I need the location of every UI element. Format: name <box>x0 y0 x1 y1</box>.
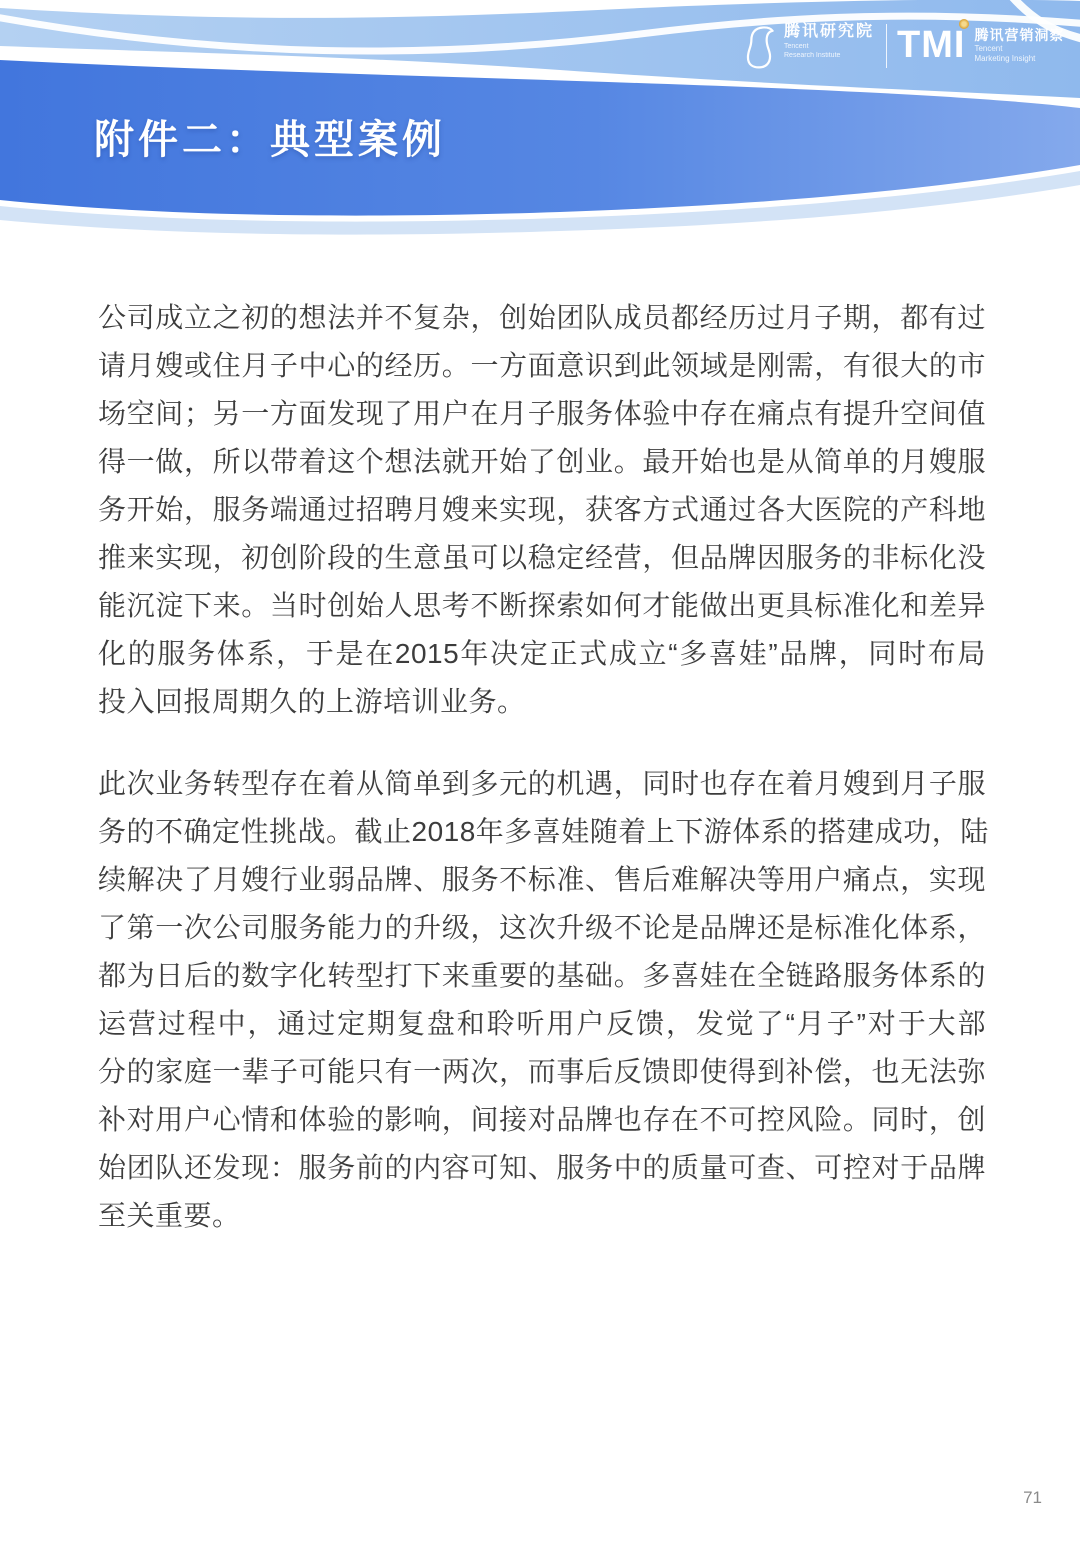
text-line: 得一做，所以带着这个想法就开始了创业。最开始也是从简单的月嫂服 <box>98 438 986 486</box>
text-line: 续解决了月嫂行业弱品牌、服务不标准、售后难解决等用户痛点，实现 <box>98 856 986 904</box>
text-line: 公司成立之初的想法并不复杂，创始团队成员都经历过月子期，都有过 <box>98 294 986 342</box>
text-line: 推来实现，初创阶段的生意虽可以稳定经营，但品牌因服务的非标化没 <box>98 534 986 582</box>
paragraph: 公司成立之初的想法并不复杂，创始团队成员都经历过月子期，都有过请月嫂或住月子中心… <box>98 294 986 726</box>
tencent-research-name-cn: 腾讯研究院 <box>784 22 874 42</box>
tmi-name-en-2: Marketing Insight <box>974 54 1064 64</box>
paragraph: 此次业务转型存在着从简单到多元的机遇，同时也存在着月嫂到月子服务的不确定性挑战。… <box>98 760 986 1240</box>
page-number: 71 <box>1023 1488 1042 1508</box>
page-header: 腾讯研究院 Tencent Research Institute TMI 腾讯营… <box>0 0 1080 240</box>
text-line: 至关重要。 <box>98 1192 986 1240</box>
tencent-research-logo: 腾讯研究院 Tencent Research Institute <box>784 22 874 60</box>
brand-divider <box>886 24 887 68</box>
tmi-logo-text: TMI <box>897 24 965 66</box>
text-line: 能沉淀下来。当时创始人思考不断探索如何才能做出更具标准化和差异 <box>98 582 986 630</box>
tencent-research-name-en-1: Tencent <box>784 42 874 51</box>
text-line: 运营过程中，通过定期复盘和聆听用户反馈，发觉了“月子”对于大部 <box>98 1000 986 1048</box>
tmi-gold-dot-icon <box>959 19 969 29</box>
text-line: 补对用户心情和体验的影响，间接对品牌也存在不可控风险。同时，创 <box>98 1096 986 1144</box>
body-text: 公司成立之初的想法并不复杂，创始团队成员都经历过月子期，都有过请月嫂或住月子中心… <box>98 294 986 1240</box>
page-title: 附件二：典型案例 <box>94 108 446 165</box>
text-line: 分的家庭一辈子可能只有一两次，而事后反馈即使得到补偿，也无法弥 <box>98 1048 986 1096</box>
report-page: 腾讯研究院 Tencent Research Institute TMI 腾讯营… <box>0 0 1080 1560</box>
text-line: 都为日后的数字化转型打下来重要的基础。多喜娃在全链路服务体系的 <box>98 952 986 1000</box>
text-line: 化的服务体系，于是在2015年决定正式成立“多喜娃”品牌，同时布局 <box>98 630 986 678</box>
tmi-logo: TMI <box>897 22 965 68</box>
tmi-name-en-1: Tencent <box>974 44 1064 54</box>
tencent-research-name-en-2: Research Institute <box>784 51 874 60</box>
text-line: 场空间；另一方面发现了用户在月子服务体验中存在痛点有提升空间值 <box>98 390 986 438</box>
text-line: 了第一次公司服务能力的升级，这次升级不论是品牌还是标准化体系， <box>98 904 986 952</box>
text-line: 投入回报周期久的上游培训业务。 <box>98 678 986 726</box>
penguin-logo-icon <box>742 24 776 70</box>
text-line: 务开始，服务端通过招聘月嫂来实现，获客方式通过各大医院的产科地 <box>98 486 986 534</box>
tmi-name-cn: 腾讯营销洞察 <box>974 26 1064 44</box>
text-line: 此次业务转型存在着从简单到多元的机遇，同时也存在着月嫂到月子服 <box>98 760 986 808</box>
tmi-wordmark: 腾讯营销洞察 Tencent Marketing Insight <box>974 26 1064 64</box>
text-line: 请月嫂或住月子中心的经历。一方面意识到此领域是刚需，有很大的市 <box>98 342 986 390</box>
text-line: 务的不确定性挑战。截止2018年多喜娃随着上下游体系的搭建成功，陆 <box>98 808 986 856</box>
brand-bar: 腾讯研究院 Tencent Research Institute TMI 腾讯营… <box>742 22 1064 70</box>
text-line: 始团队还发现：服务前的内容可知、服务中的质量可查、可控对于品牌 <box>98 1144 986 1192</box>
